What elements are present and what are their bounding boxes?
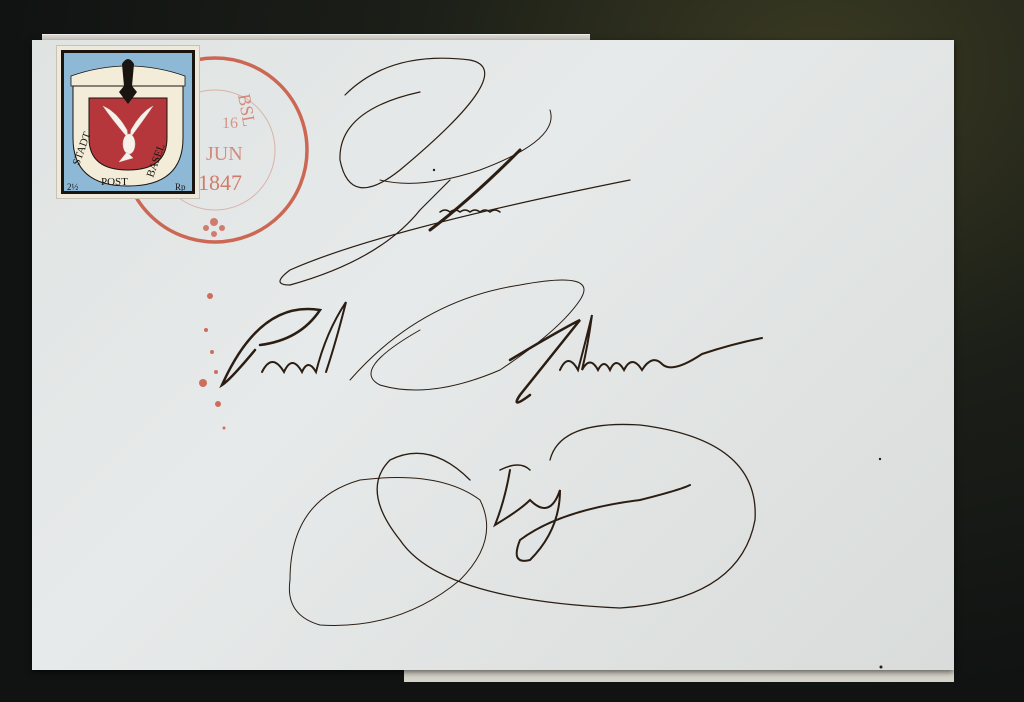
handwritten-address: [0, 0, 1024, 702]
photo-scene: BSL 16 JUN 1847: [0, 0, 1024, 702]
